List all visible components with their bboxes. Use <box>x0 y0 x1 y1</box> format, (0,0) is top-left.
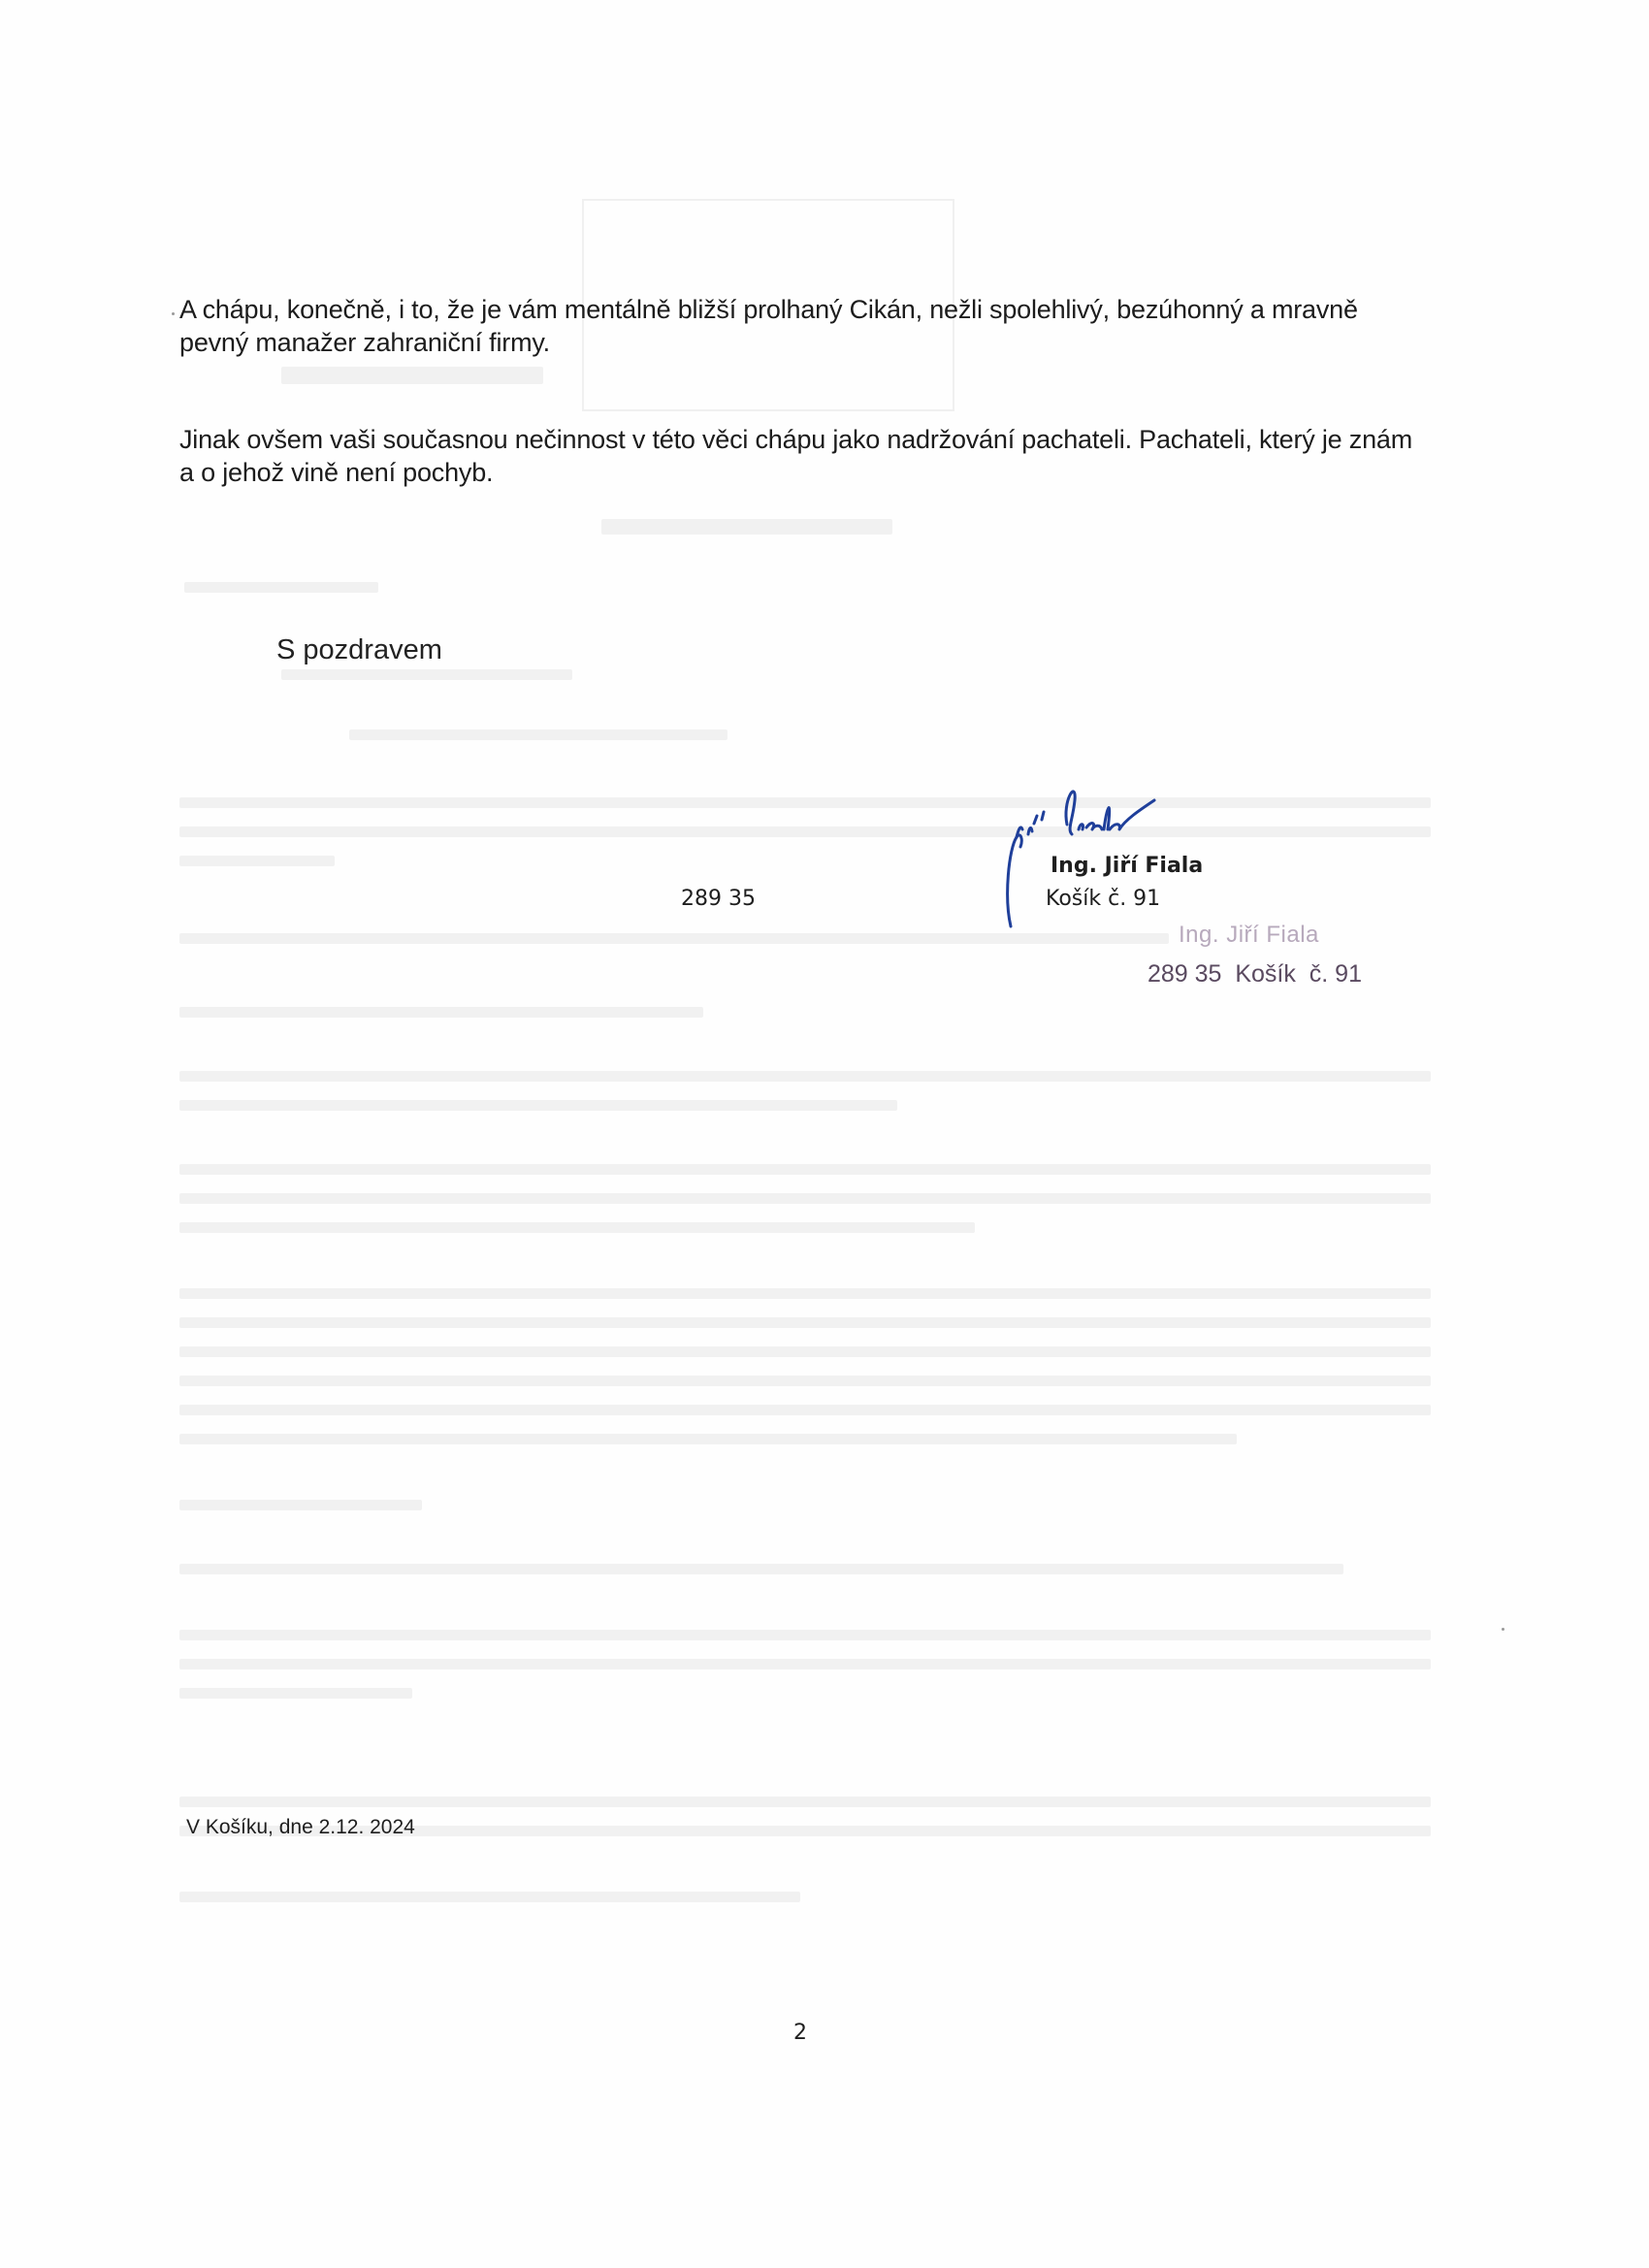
sender-address: Košík č. 91 <box>1046 887 1160 911</box>
stamp-address: 289 35 Košík č. 91 <box>1148 960 1362 988</box>
greeting: S pozdravem <box>276 634 442 666</box>
document-page: A chápu, konečně, i to, že je vám mentál… <box>0 0 1649 2268</box>
date-line: V Košíku, dne 2.12. 2024 <box>186 1816 415 1839</box>
paragraph-2: Jinak ovšem vaši současnou nečinnost v t… <box>179 423 1431 489</box>
sender-name: Ing. Jiří Fiala <box>1051 854 1203 878</box>
page-number: 2 <box>793 2021 807 2045</box>
sender-zip: 289 35 <box>681 887 756 911</box>
paragraph-1: A chápu, konečně, i to, že je vám mentál… <box>179 293 1431 359</box>
stamp-name: Ing. Jiří Fiala <box>1179 922 1319 949</box>
